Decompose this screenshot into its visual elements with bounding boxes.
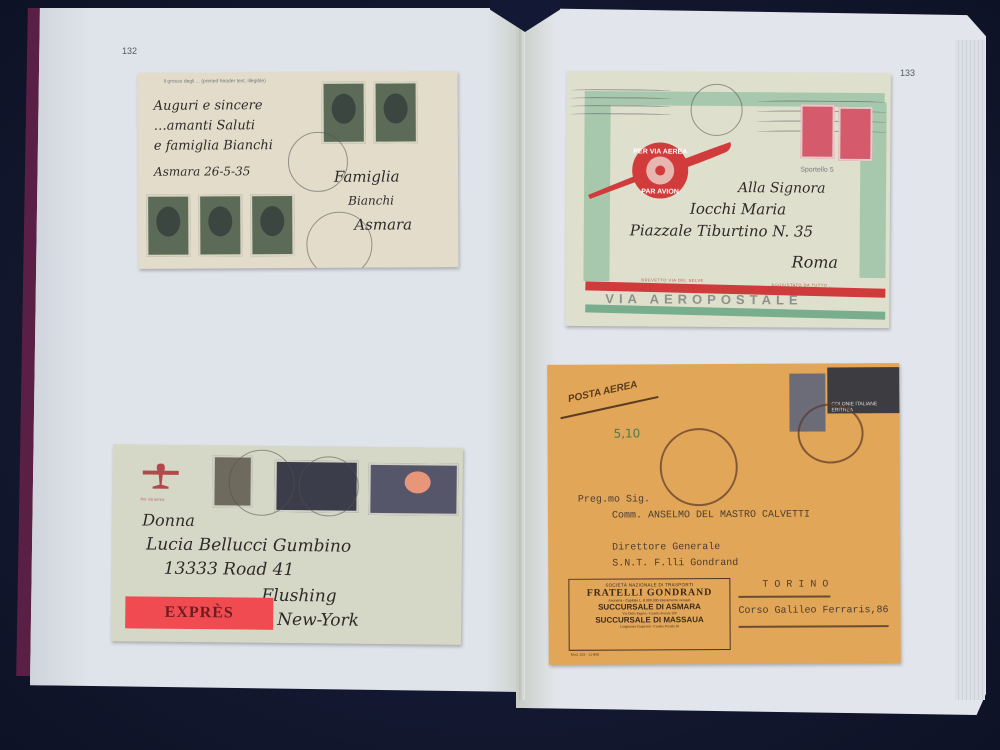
postmark bbox=[690, 84, 742, 136]
company-line: Lungomare Gasperini - Casella Postale 28 bbox=[570, 624, 730, 629]
book-gutter bbox=[519, 10, 525, 700]
address-line: 13333 Road 41 bbox=[164, 559, 295, 580]
address-line: Bianchi bbox=[348, 193, 394, 207]
svg-text:PAR AVION: PAR AVION bbox=[641, 188, 679, 195]
typed-address-line: S.N.T. F.lli Gondrand bbox=[612, 558, 738, 570]
typed-address-line: Comm. ANSELMO DEL MASTRO CALVETTI bbox=[612, 510, 810, 522]
express-cover: Per via aerea Donna Lucia Bellucci Gumbi… bbox=[111, 444, 463, 645]
typed-address-line: Direttore Generale bbox=[612, 542, 720, 554]
postmark bbox=[797, 403, 863, 463]
pencil-note: 5,10 bbox=[614, 426, 641, 440]
typed-address-line: Preg.mo Sig. bbox=[578, 494, 650, 505]
printed-note: Il grosso degli ... (printed header text… bbox=[164, 78, 304, 85]
address-line: Piazzale Tiburtino N. 35 bbox=[630, 221, 813, 240]
page-stack-edge bbox=[955, 40, 985, 700]
postmark bbox=[660, 428, 738, 506]
address-line: Donna bbox=[142, 510, 195, 530]
underline bbox=[738, 595, 830, 597]
address-line: New-York bbox=[277, 610, 359, 631]
handwriting-line: Auguri e sincere bbox=[154, 98, 263, 114]
posta-aerea-cover: POSTA AEREA 5,10 COLONIE ITALIANE ERITRE… bbox=[547, 363, 901, 665]
posta-aerea-mark: POSTA AEREA bbox=[567, 379, 638, 405]
address-line: Roma bbox=[791, 252, 838, 271]
typed-address-line: Corso Galileo Ferraris,86 bbox=[738, 605, 888, 617]
plane-caption: Per via aerea bbox=[140, 496, 164, 501]
address-line: Alla Signora bbox=[738, 180, 826, 197]
page-number-left: 132 bbox=[122, 46, 137, 56]
stamp bbox=[838, 107, 872, 161]
typed-address-line: T O R I N O bbox=[762, 579, 828, 590]
address-line: Famiglia bbox=[334, 167, 400, 185]
stamp bbox=[800, 105, 834, 159]
company-name: FRATELLI GONDRAND bbox=[569, 587, 729, 599]
stamp bbox=[374, 81, 418, 143]
address-line: Lucia Bellucci Gumbino bbox=[146, 535, 351, 557]
airplane-icon bbox=[141, 458, 181, 492]
expres-label: EXPRÈS bbox=[125, 596, 273, 630]
underline bbox=[739, 625, 889, 627]
postcard: Il grosso degli ... (printed header text… bbox=[137, 71, 458, 269]
postmark bbox=[298, 456, 359, 517]
airmail-cover: PER VIA AEREA PAR AVION Sportello 5 Alla… bbox=[565, 71, 891, 328]
stamp bbox=[198, 194, 242, 256]
stamp bbox=[250, 194, 294, 256]
address-line: Asmara bbox=[354, 215, 412, 233]
counter-label: Sportello 5 bbox=[800, 167, 834, 174]
company-stamp-box: SOCIETÀ NAZIONALE DI TRASPORTI FRATELLI … bbox=[568, 578, 730, 651]
address-line: Iocchi Maria bbox=[690, 200, 786, 219]
svg-text:PER VIA AEREA: PER VIA AEREA bbox=[633, 148, 687, 155]
handwriting-line: e famiglia Bianchi bbox=[154, 138, 273, 154]
propeller-logo-icon: PER VIA AEREA PAR AVION bbox=[586, 133, 732, 204]
page-number-right: 133 bbox=[900, 68, 915, 78]
form-code: Mod. 203 - 11-968 bbox=[571, 653, 599, 657]
handwriting-line: Asmara 26-5-35 bbox=[154, 164, 250, 179]
postmark bbox=[228, 449, 295, 516]
stamp bbox=[146, 195, 190, 257]
handwriting-line: …amanti Saluti bbox=[154, 118, 255, 134]
stamp bbox=[368, 463, 459, 516]
